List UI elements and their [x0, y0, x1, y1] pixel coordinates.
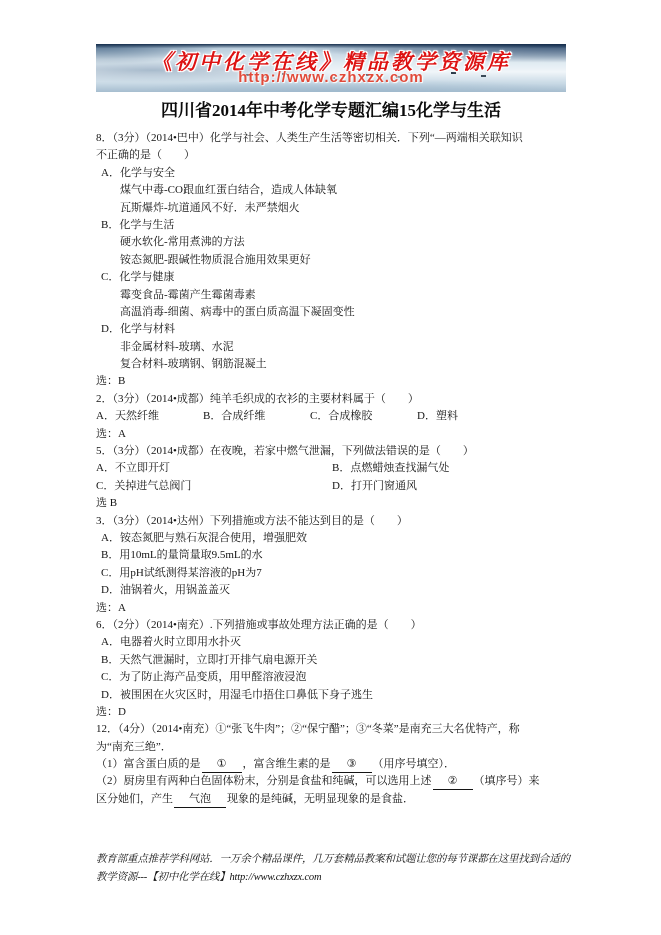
text-run: 瓦斯爆炸-坑道通风不好．未严禁烟火 — [120, 202, 300, 214]
text-run: （填序号）来 — [474, 775, 540, 787]
doc-line: 瓦斯爆炸-坑道通风不好．未严禁烟火 — [96, 200, 566, 217]
text-run: C．用pH试纸测得某溶液的pH为7 — [101, 567, 262, 579]
banner-site-url: http://www.czhxzx.com — [96, 69, 566, 86]
doc-line: 6．（2分）（2014•南充）.下列措施或事故处理方法正确的是（ ） — [96, 617, 566, 634]
text-run: 硬水软化-常用煮沸的方法 — [120, 236, 245, 248]
fill-in-blank: ① — [202, 757, 242, 773]
text-run: C．化学与健康 — [101, 271, 174, 283]
fill-in-blank: ② — [433, 774, 473, 790]
doc-line: 为“南充三绝”． — [96, 739, 566, 756]
text-run: 不正确的是（ ） — [96, 149, 195, 161]
text-run: 6．（2分）（2014•南充）.下列措施或事故处理方法正确的是（ ） — [96, 619, 422, 631]
doc-line: A．天然纤维B．合成纤维C．合成橡胶D．塑料 — [96, 408, 566, 425]
doc-line: 选：A — [96, 426, 566, 443]
option-cell: C．关掉进气总阀门 — [96, 478, 332, 495]
text-run: 选：D — [96, 706, 126, 718]
text-run: B．天然气泄漏时，立即打开排气扇电源开关 — [101, 654, 317, 666]
doc-line: 高温消毒-细菌、病毒中的蛋白质高温下凝固变性 — [96, 304, 566, 321]
doc-line: A．不立即开灯B．点燃蜡烛查找漏气处 — [96, 460, 566, 477]
doc-line: 2．（3分）（2014•成都）纯羊毛织成的衣衫的主要材料属于（ ） — [96, 391, 566, 408]
doc-line: A．电器着火时立即用水扑灭 — [96, 634, 566, 651]
text-run: 高温消毒-细菌、病毒中的蛋白质高温下凝固变性 — [120, 306, 355, 318]
fill-in-blank: 气泡 — [174, 792, 226, 808]
doc-line: 5．（3分）（2014•成都）在夜晚，若家中燃气泄漏，下列做法错误的是（ ） — [96, 443, 566, 460]
option-cell: D．塑料 — [417, 408, 458, 425]
doc-line: 选：A — [96, 600, 566, 617]
text-run: A．电器着火时立即用水扑灭 — [101, 636, 241, 648]
doc-line: （2）厨房里有两种白色固体粉末，分别是食盐和纯碱，可以选用上述②（填序号）来 — [96, 773, 566, 790]
doc-line: C．为了防止海产品变质，用甲醛溶液浸泡 — [96, 669, 566, 686]
option-cell: B．合成纤维 — [203, 408, 310, 425]
option-cell: D．打开门窗通风 — [332, 478, 417, 495]
page-title: 四川省2014年中考化学专题汇编15化学与生活 — [66, 96, 596, 121]
doc-line: 3．（3分）（2014•达州）下列措施或方法不能达到目的是（ ） — [96, 513, 566, 530]
text-run: C．为了防止海产品变质，用甲醛溶液浸泡 — [101, 671, 306, 683]
text-run: 非金属材料-玻璃、水泥 — [120, 341, 234, 353]
text-run: 8．（3分）（2014•巴中）化学与社会、人类生产生活等密切相关．下列“—两端相… — [96, 132, 523, 144]
doc-line: A．化学与安全 — [96, 165, 566, 182]
footer-line-1: 教育部重点推荐学科网站．一万余个精品课件，几万套精品教案和试题让您的每节课都在这… — [96, 851, 616, 869]
text-run: B．化学与生活 — [101, 219, 174, 231]
text-run: A．铵态氮肥与熟石灰混合使用，增强肥效 — [101, 532, 307, 544]
doc-line: （1）富含蛋白质的是①，富含维生素的是③（用序号填空）． — [96, 756, 566, 773]
text-run: 区分她们，产生 — [96, 793, 173, 805]
footer-line-2: 教学资源---【初中化学在线】http://www.czhxzx.com — [96, 869, 616, 887]
text-run: D．化学与材料 — [101, 323, 175, 335]
text-run: 复合材料-玻璃钢、钢筋混凝土 — [120, 358, 267, 370]
text-run: B．用10mL的量筒量取9.5mL的水 — [101, 549, 263, 561]
doc-line: 不正确的是（ ） — [96, 147, 566, 164]
doc-line: 煤气中毒-CO跟血红蛋白结合，造成人体缺氧 — [96, 182, 566, 199]
text-run: 选：A — [96, 428, 126, 440]
option-cell: A．天然纤维 — [96, 408, 203, 425]
doc-line: 霉变食品-霉菌产生霉菌毒素 — [96, 287, 566, 304]
text-run: （用序号填空）． — [373, 758, 456, 770]
text-run: A．化学与安全 — [101, 167, 175, 179]
text-run: 霉变食品-霉菌产生霉菌毒素 — [120, 289, 256, 301]
text-run: 现象的是纯碱，无明显现象的是食盐． — [227, 793, 414, 805]
doc-line: C．关掉进气总阀门D．打开门窗通风 — [96, 478, 566, 495]
doc-line: C．用pH试纸测得某溶液的pH为7 — [96, 565, 566, 582]
page-footer: 教育部重点推荐学科网站．一万余个精品课件，几万套精品教案和试题让您的每节课都在这… — [96, 851, 616, 886]
option-cell: C．合成橡胶 — [310, 408, 417, 425]
text-run: 煤气中毒-CO跟血红蛋白结合，造成人体缺氧 — [120, 184, 337, 196]
text-run: 选 B — [96, 497, 117, 509]
doc-line: B．天然气泄漏时，立即打开排气扇电源开关 — [96, 652, 566, 669]
doc-line: A．铵态氮肥与熟石灰混合使用，增强肥效 — [96, 530, 566, 547]
doc-line: C．化学与健康 — [96, 269, 566, 286]
doc-line: 8．（3分）（2014•巴中）化学与社会、人类生产生活等密切相关．下列“—两端相… — [96, 130, 566, 147]
text-run: 选：A — [96, 602, 126, 614]
doc-line: 复合材料-玻璃钢、钢筋混凝土 — [96, 356, 566, 373]
text-run: （2）厨房里有两种白色固体粉末，分别是食盐和纯碱，可以选用上述 — [96, 775, 432, 787]
document-page: 《初中化学在线》精品教学资源库 http://www.czhxzx.com 四川… — [0, 0, 661, 935]
site-banner-image: 《初中化学在线》精品教学资源库 http://www.czhxzx.com — [96, 44, 566, 92]
doc-line: D．化学与材料 — [96, 321, 566, 338]
doc-line: 铵态氮肥-跟碱性物质混合施用效果更好 — [96, 252, 566, 269]
option-cell: A．不立即开灯 — [96, 460, 332, 477]
doc-line: 硬水软化-常用煮沸的方法 — [96, 234, 566, 251]
text-run: 5．（3分）（2014•成都）在夜晚，若家中燃气泄漏，下列做法错误的是（ ） — [96, 445, 474, 457]
doc-line: B．用10mL的量筒量取9.5mL的水 — [96, 547, 566, 564]
doc-line: B．化学与生活 — [96, 217, 566, 234]
doc-line: 12．（4分）（2014•南充）①“张飞牛肉”；②“保宁醋”；③“冬菜”是南充三… — [96, 721, 566, 738]
doc-line: D．油锅着火，用锅盖盖灭 — [96, 582, 566, 599]
doc-line: 区分她们，产生气泡现象的是纯碱，无明显现象的是食盐． — [96, 791, 566, 808]
text-run: ，富含维生素的是 — [243, 758, 331, 770]
doc-line: 选 B — [96, 495, 566, 512]
doc-line: 非金属材料-玻璃、水泥 — [96, 339, 566, 356]
option-cell: B．点燃蜡烛查找漏气处 — [332, 460, 449, 477]
text-run: 12．（4分）（2014•南充）①“张飞牛肉”；②“保宁醋”；③“冬菜”是南充三… — [96, 723, 520, 735]
text-run: 选：B — [96, 375, 125, 387]
text-run: D．被围困在火灾区时，用湿毛巾捂住口鼻低下身子逃生 — [101, 689, 373, 701]
document-body: 8．（3分）（2014•巴中）化学与社会、人类生产生活等密切相关．下列“—两端相… — [96, 130, 566, 808]
fill-in-blank: ③ — [332, 757, 372, 773]
text-run: D．油锅着火，用锅盖盖灭 — [101, 584, 230, 596]
text-run: （1）富含蛋白质的是 — [96, 758, 201, 770]
text-run: 3．（3分）（2014•达州）下列措施或方法不能达到目的是（ ） — [96, 515, 408, 527]
text-run: 为“南充三绝”． — [96, 741, 172, 753]
doc-line: 选：D — [96, 704, 566, 721]
text-run: 2．（3分）（2014•成都）纯羊毛织成的衣衫的主要材料属于（ ） — [96, 393, 419, 405]
doc-line: 选：B — [96, 373, 566, 390]
doc-line: D．被围困在火灾区时，用湿毛巾捂住口鼻低下身子逃生 — [96, 687, 566, 704]
text-run: 铵态氮肥-跟碱性物质混合施用效果更好 — [120, 254, 311, 266]
